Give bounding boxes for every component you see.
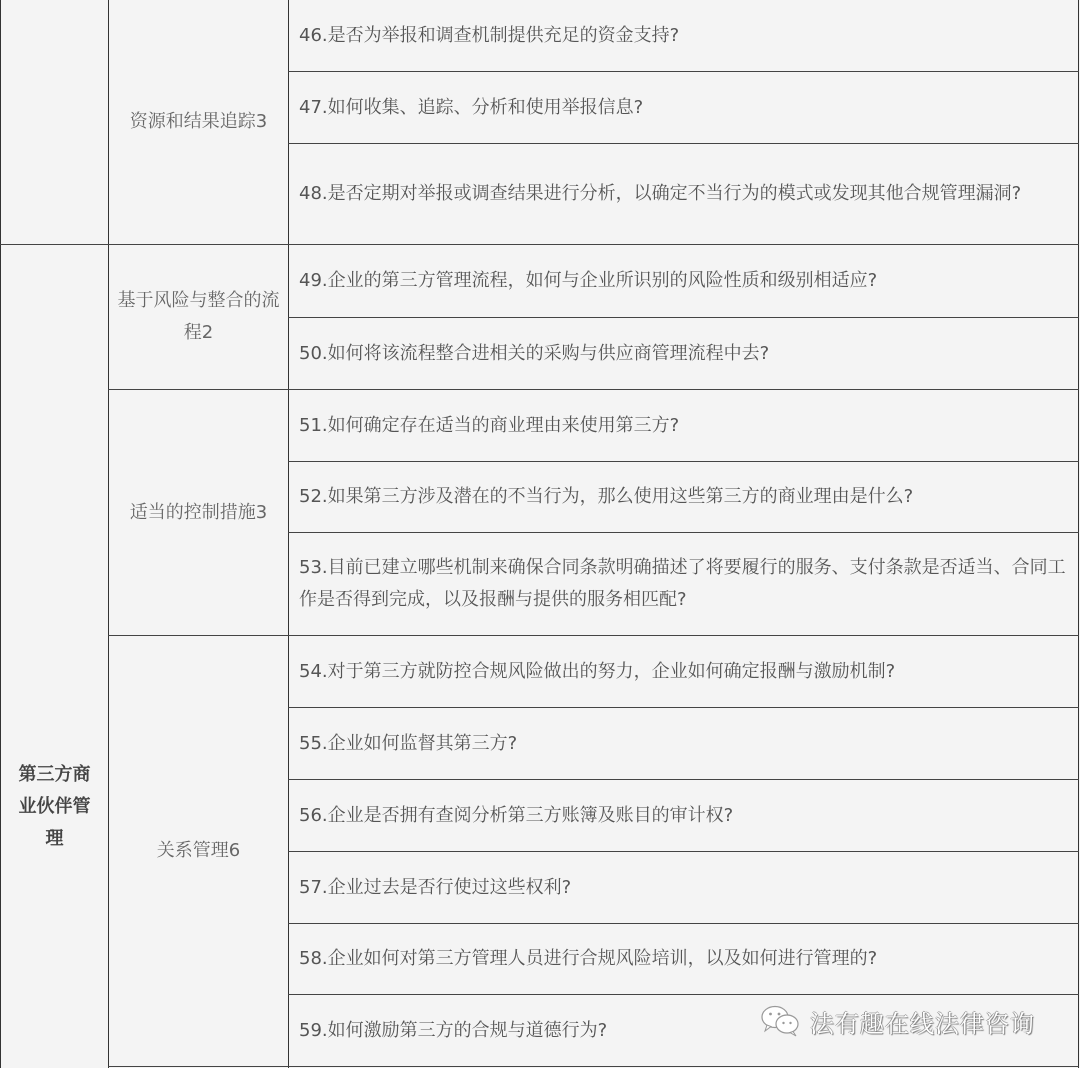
subcategory-label: 关系管理6 [157,835,240,867]
subcategory-cell: 资源和结果追踪3 [109,0,288,244]
question-text: 52.如果第三方涉及潜在的不当行为，那么使用这些第三方的商业理由是什么? [299,481,913,513]
question-text: 59.如何激励第三方的合规与道德行为? [299,1015,607,1047]
question-text: 57.企业过去是否行使过这些权利? [299,872,571,904]
question-text: 56.企业是否拥有查阅分析第三方账簿及账目的审计权? [299,800,733,832]
wechat-icon [760,1004,802,1038]
watermark-text: 法有趣在线法律咨询 [810,1004,1035,1039]
subcategory-cell: 基于风险与整合的流程2 [109,245,288,389]
question-cell: 50.如何将该流程整合进相关的采购与供应商管理流程中去? [289,318,1078,389]
question-text: 48.是否定期对举报或调查结果进行分析，以确定不当行为的模式或发现其他合规管理漏… [299,178,1021,210]
question-cell: 51.如何确定存在适当的商业理由来使用第三方? [289,390,1078,461]
question-cell: 52.如果第三方涉及潜在的不当行为，那么使用这些第三方的商业理由是什么? [289,462,1078,532]
question-text: 54.对于第三方就防控合规风险做出的努力，企业如何确定报酬与激励机制? [299,656,895,688]
question-cell: 47.如何收集、追踪、分析和使用举报信息? [289,72,1078,143]
question-text: 49.企业的第三方管理流程，如何与企业所识别的风险性质和级别相适应? [299,265,877,297]
category-label: 第三方商业伙伴管理 [11,759,98,855]
question-cell: 57.企业过去是否行使过这些权利? [289,852,1078,923]
question-text: 58.企业如何对第三方管理人员进行合规风险培训，以及如何进行管理的? [299,943,877,975]
question-text: 46.是否为举报和调查机制提供充足的资金支持? [299,20,679,52]
question-cell: 48.是否定期对举报或调查结果进行分析，以确定不当行为的模式或发现其他合规管理漏… [289,144,1078,244]
question-cell: 49.企业的第三方管理流程，如何与企业所识别的风险性质和级别相适应? [289,245,1078,317]
question-cell: 58.企业如何对第三方管理人员进行合规风险培训，以及如何进行管理的? [289,924,1078,994]
question-cell: 56.企业是否拥有查阅分析第三方账簿及账目的审计权? [289,780,1078,851]
question-cell: 55.企业如何监督其第三方? [289,708,1078,779]
question-cell: 53.目前已建立哪些机制来确保合同条款明确描述了将要履行的服务、支付条款是否适当… [289,533,1078,635]
subcategory-label: 基于风险与整合的流程2 [117,285,280,349]
group-divider [108,1066,1079,1067]
watermark: 法有趣在线法律咨询 [760,1002,1035,1040]
question-text: 47.如何收集、追踪、分析和使用举报信息? [299,92,643,124]
question-text: 53.目前已建立哪些机制来确保合同条款明确描述了将要履行的服务、支付条款是否适当… [299,552,1066,616]
question-cell: 54.对于第三方就防控合规风险做出的努力，企业如何确定报酬与激励机制? [289,636,1078,707]
question-text: 55.企业如何监督其第三方? [299,728,517,760]
category-cell: 第三方商业伙伴管理 [1,245,108,1068]
table-border-right [1078,0,1079,1068]
question-cell: 46.是否为举报和调查机制提供充足的资金支持? [289,0,1078,71]
subcategory-label: 资源和结果追踪3 [130,106,267,138]
question-text: 50.如何将该流程整合进相关的采购与供应商管理流程中去? [299,338,769,370]
question-text: 51.如何确定存在适当的商业理由来使用第三方? [299,410,679,442]
subcategory-cell: 关系管理6 [109,636,288,1066]
compliance-question-table: 资源和结果追踪3 46.是否为举报和调查机制提供充足的资金支持? 47.如何收集… [0,0,1080,1068]
subcategory-label: 适当的控制措施3 [130,497,267,529]
subcategory-cell: 适当的控制措施3 [109,390,288,635]
